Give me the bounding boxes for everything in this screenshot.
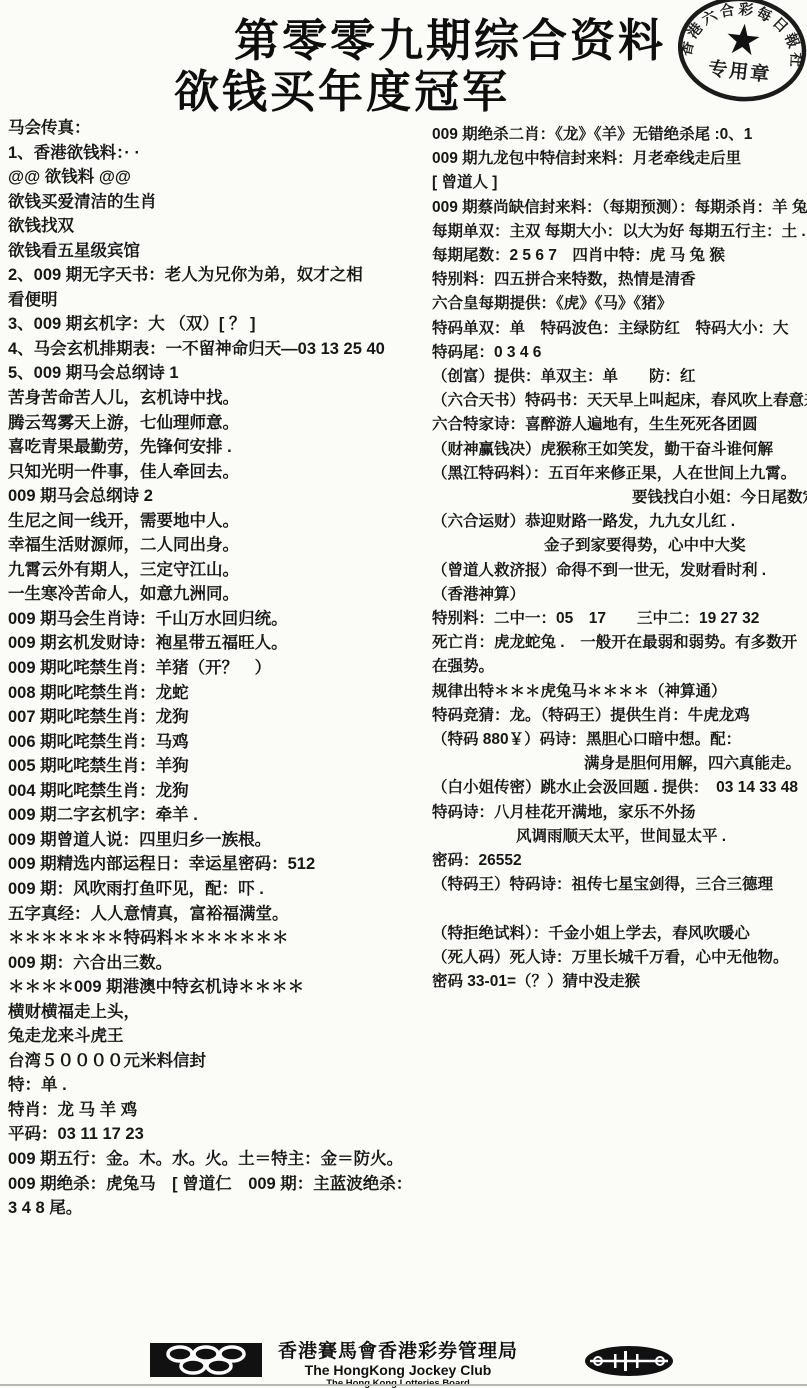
footer-org-english-sub: The Hong Kong Lotteries Board bbox=[268, 1378, 528, 1388]
text-line: 5、009 期马会总纲诗 1 bbox=[8, 361, 428, 386]
text-line: （死人码）死人诗：万里长城千万看，心中无他物。 bbox=[432, 946, 805, 970]
text-line: 4、马会玄机排期表：一不留神命归天—03 13 25 40 bbox=[8, 337, 428, 362]
text-line: 009 期二字玄机字：牵羊 . bbox=[8, 803, 428, 828]
text-line: 只知光明一件事，佳人牵回去。 bbox=[8, 460, 428, 485]
text-line: 每期单双：主双 每期大小：以大为好 每期五行主：土 . bbox=[432, 220, 805, 244]
text-line: 009 期绝杀：虎兔马 [ 曾道仁 009 期：主蓝波绝杀： bbox=[8, 1172, 428, 1197]
text-line: 009 期马会总纲诗 2 bbox=[8, 484, 428, 509]
left-column: 马会传真： 1、香港欲钱料：· · @@ 欲钱料 @@ 欲钱买爱清洁的生肖 欲钱… bbox=[8, 116, 428, 1221]
text-line: 008 期叱咤禁生肖：龙蛇 bbox=[8, 681, 428, 706]
text-line: 欲钱找双 bbox=[8, 214, 428, 239]
text-line: 一生寒冷苦命人，如意九洲同。 bbox=[8, 582, 428, 607]
text-line: 苦身苦命苦人儿，玄机诗中找。 bbox=[8, 386, 428, 411]
text-line: 欲钱买爱清洁的生肖 bbox=[8, 190, 428, 215]
text-line: ＊＊＊＊009 期港澳中特玄机诗＊＊＊＊ bbox=[8, 975, 428, 1000]
text-line: 幸福生活财源师，二人同出身。 bbox=[8, 533, 428, 558]
text-line: 横财横福走上头， bbox=[8, 1000, 428, 1025]
text-line: 特肖：龙 马 羊 鸡 bbox=[8, 1098, 428, 1123]
right-column: 009 期绝杀二肖：《龙》《羊》无错绝杀尾 :0、1 009 期九龙包中特信封来… bbox=[432, 123, 805, 994]
text-line: 马会传真： bbox=[8, 116, 428, 141]
page-title-line2: 欲钱买年度冠军 bbox=[174, 55, 510, 120]
text-line: （六合运财）恭迎财路一路发，九九女儿红 . bbox=[432, 510, 805, 534]
text-line: 腾云驾雾天上游，七仙理师意。 bbox=[8, 411, 428, 436]
text-line: （六合天书）特码书：天天早上叫起床，春风吹上春意来 . . bbox=[432, 389, 805, 413]
text-line: （香港神算） bbox=[432, 583, 805, 607]
text-line: 004 期叱咤禁生肖：龙狗 bbox=[8, 779, 428, 804]
text-line: 六合特家诗：喜醉游人遍地有，生生死死各团圆 bbox=[432, 413, 805, 437]
text-line: 特：单 . bbox=[8, 1073, 428, 1098]
text-line: 欲钱看五星级宾馆 bbox=[8, 239, 428, 264]
text-line: 009 期马会生肖诗：千山万水回归统。 bbox=[8, 607, 428, 632]
text-line: 005 期叱咤禁生肖：羊狗 bbox=[8, 754, 428, 779]
text-line: （曾道人救济报）命得不到一世无，发财看时利 . bbox=[432, 559, 805, 583]
text-line: 特别料：四五拼合来特数，热情是清香 bbox=[432, 268, 805, 292]
text-line: 金子到家要得势，心中中大奖 bbox=[432, 534, 805, 558]
lotteries-board-logo bbox=[584, 1345, 674, 1377]
text-line: 009 期绝杀二肖：《龙》《羊》无错绝杀尾 :0、1 bbox=[432, 123, 805, 147]
text-line: 009 期：风吹雨打鱼吓见，配：吓 . bbox=[8, 877, 428, 902]
stamp-label: 专用章 bbox=[707, 57, 772, 86]
text-line: （财神赢钱决）虎猴称王如笑发，勤干奋斗谁何解 bbox=[432, 438, 805, 462]
text-line: （白小姐传密）跳水止会汲回题 . 提供： 03 14 33 48 bbox=[432, 776, 805, 800]
text-line: 特码尾：0 3 4 6 bbox=[432, 341, 805, 365]
star-icon: ★ bbox=[722, 14, 764, 65]
text-line: 特码单双：单 特码波色：主绿防红 特码大小：大 bbox=[432, 317, 805, 341]
text-line: 3 4 8 尾。 bbox=[8, 1196, 428, 1221]
text-line: 看便明 bbox=[8, 288, 428, 313]
text-line: 兔走龙来斗虎王 bbox=[8, 1024, 428, 1049]
text-line: 3、009 期玄机字：大 （双）[ ？ ] bbox=[8, 312, 428, 337]
text-line: 密码：26552 bbox=[432, 849, 805, 873]
text-line: 2、009 期无字天书：老人为兄你为弟，奴才之相 bbox=[8, 263, 428, 288]
footer-org-chinese: 香港賽馬會香港彩券管理局 bbox=[268, 1336, 528, 1363]
text-line: 009 期叱咤禁生肖：羊猪（开？ ） bbox=[8, 656, 428, 681]
text-line: 特码竞猜：龙。（特码王）提供生肖：牛虎龙鸡 bbox=[432, 704, 805, 728]
text-line: 特别料：二中一：05 17 三中二：19 27 32 bbox=[432, 607, 805, 631]
text-line: [ 曾道人 ] bbox=[432, 171, 805, 195]
footer-org-english: The HongKong Jockey Club bbox=[268, 1363, 528, 1378]
text-line: ＊＊＊＊＊＊＊特码料＊＊＊＊＊＊＊ bbox=[8, 926, 428, 951]
scanned-lottery-tip-sheet: 第零零九期综合资料 欲钱买年度冠军 香港六合彩每日報社 ★ 专用章 马会传真： … bbox=[0, 0, 807, 1388]
text-line: 风调雨顺天太平，世间显太平 . bbox=[432, 825, 805, 849]
text-line: 满身是胆何用解，四六真能走。 bbox=[432, 752, 805, 776]
text-line: （黑江特码料）：五百年来修正果，人在世间上九霄。 bbox=[432, 462, 805, 486]
jockey-club-logo bbox=[150, 1343, 262, 1377]
text-line: （特拒绝试料）：千金小姐上学去，春风吹暖心 bbox=[432, 922, 805, 946]
text-line: 死亡肖：虎龙蛇兔 . 一般开在最弱和弱势。有多数开 bbox=[432, 631, 805, 655]
text-line: @@ 欲钱料 @@ bbox=[8, 165, 428, 190]
text-line: 平码：03 11 17 23 bbox=[8, 1122, 428, 1147]
scan-bottom-edge bbox=[0, 1384, 807, 1386]
text-line: 009 期：六合出三数。 bbox=[8, 951, 428, 976]
text-line: 1、香港欲钱料：· · bbox=[8, 141, 428, 166]
text-line: 在强势。 bbox=[432, 655, 805, 679]
text-line: 规律出特＊＊＊虎兔马＊＊＊＊（神算通） bbox=[432, 680, 805, 704]
newspaper-seal-stamp: 香港六合彩每日報社 ★ 专用章 bbox=[668, 0, 807, 115]
text-line: （创富）提供：单双主：单 防：红 bbox=[432, 365, 805, 389]
text-line: 009 期曾道人说：四里归乡一族根。 bbox=[8, 828, 428, 853]
text-line: 六合皇每期提供：《虎》《马》《猪》 bbox=[432, 292, 805, 316]
text-line: 009 期蔡尚缺信封来料：（每期预测）：每期杀肖：羊 兔 bbox=[432, 196, 805, 220]
text-line: 特码诗：八月桂花开满地，家乐不外扬 bbox=[432, 801, 805, 825]
blank-line bbox=[432, 898, 805, 922]
text-line: 喜吃青果最勤劳，先锋何安排 . bbox=[8, 435, 428, 460]
text-line: 五字真经：人人意情真，富裕福满堂。 bbox=[8, 902, 428, 927]
text-line: 九霄云外有期人，三定守江山。 bbox=[8, 558, 428, 583]
text-line: 要钱找白小姐：今日尾数定。 bbox=[432, 486, 805, 510]
text-line: 生尼之间一线开，需要地中人。 bbox=[8, 509, 428, 534]
text-line: 006 期叱咤禁生肖：马鸡 bbox=[8, 730, 428, 755]
text-line: 009 期五行：金。木。水。火。土＝特主：金＝防火。 bbox=[8, 1147, 428, 1172]
text-line: 台湾５００００元米料信封 bbox=[8, 1049, 428, 1074]
footer-organization-block: 香港賽馬會香港彩券管理局 The HongKong Jockey Club Th… bbox=[268, 1336, 528, 1388]
text-line: 009 期九龙包中特信封来料：月老牵线走后里 bbox=[432, 147, 805, 171]
text-line: （特码王）特码诗：祖传七星宝剑得，三合三德理 bbox=[432, 873, 805, 897]
text-line: 009 期精选内部运程日：幸运星密码：512 bbox=[8, 852, 428, 877]
text-line: 007 期叱咤禁生肖：龙狗 bbox=[8, 705, 428, 730]
text-line: （特码 880￥）码诗：黑胆心口暗中想。配： bbox=[432, 728, 805, 752]
text-line: 每期尾数：2 5 6 7 四肖中特：虎 马 兔 猴 bbox=[432, 244, 805, 268]
text-line: 密码 33-01=（？）猜中没走猴 bbox=[432, 970, 805, 994]
text-line: 009 期玄机发财诗：袍星带五福旺人。 bbox=[8, 631, 428, 656]
